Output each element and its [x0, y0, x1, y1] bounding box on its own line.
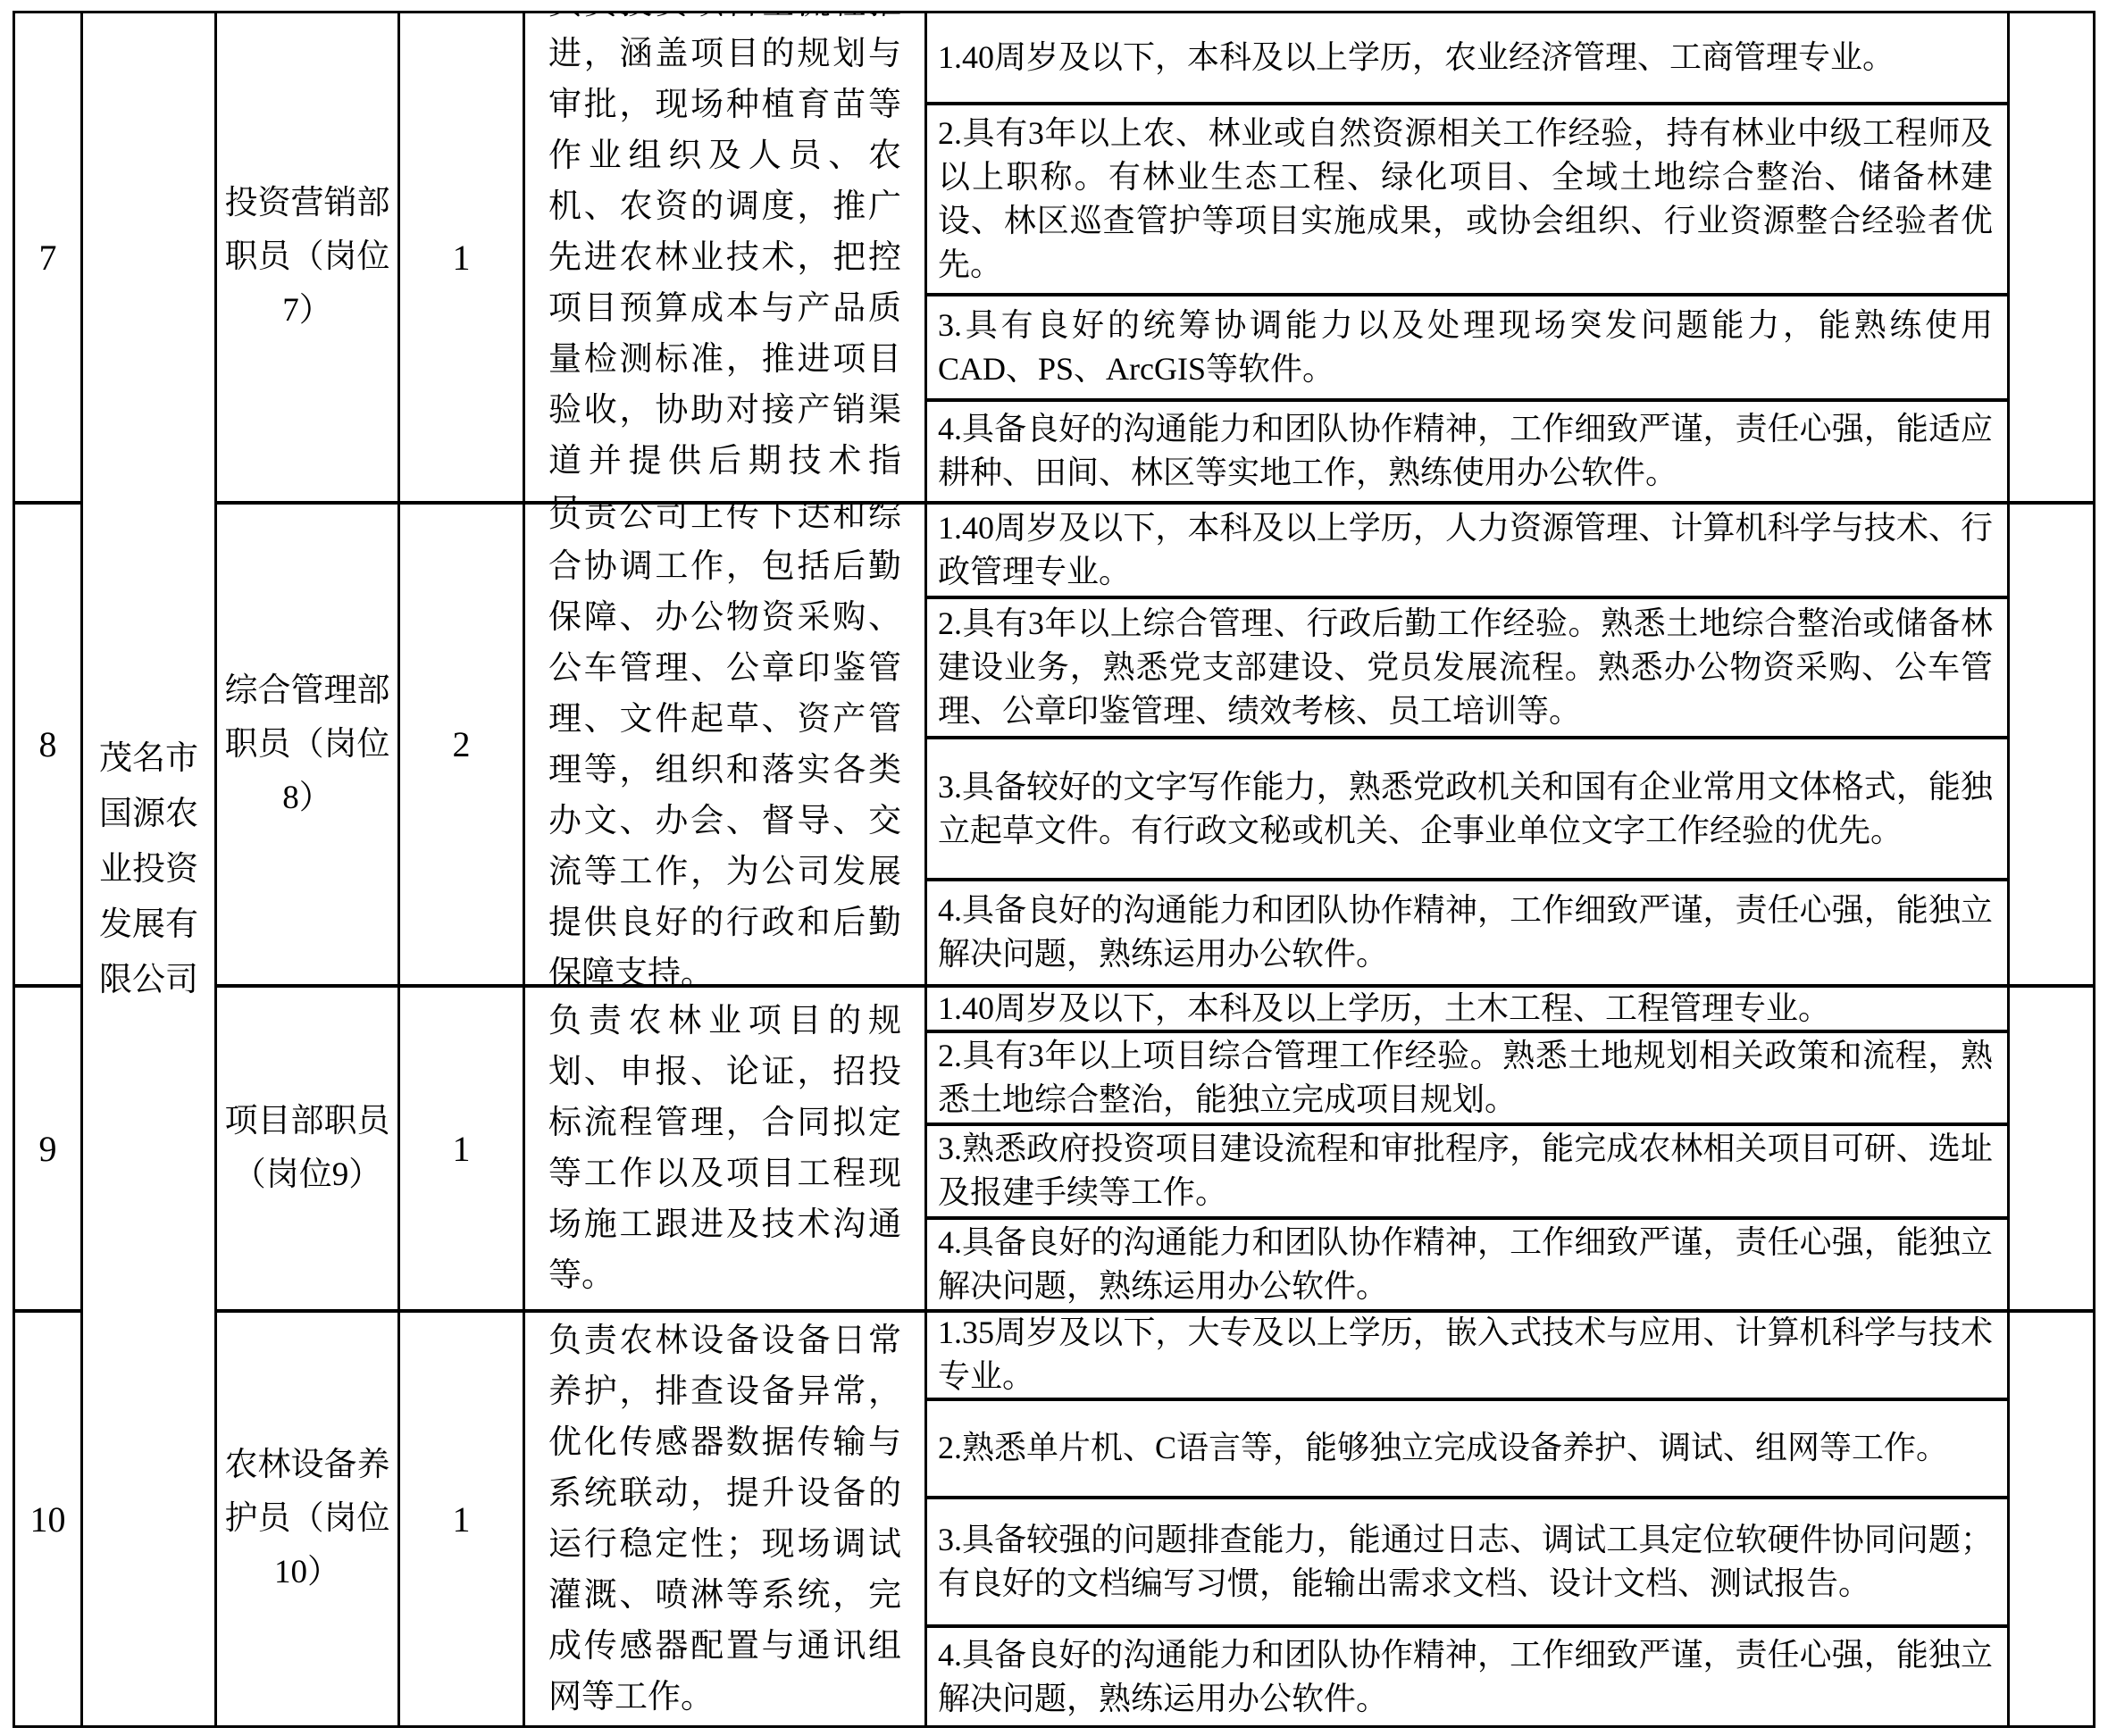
- recruitment-table: 茂名市国源农业投资发展有限公司 7 投资营销部职员（岗位7） 1 负责投资项目全…: [13, 11, 2095, 1728]
- requirement-cell: 2.具有3年以上综合管理、行政后勤工作经验。熟悉土地综合整治或储备林建设业务，熟…: [927, 599, 2007, 740]
- duties-text: 负责农林设备设备日常养护，排查设备异常，优化传感器数据传输与系统联动，提升设备的…: [548, 1315, 901, 1723]
- duties-cell: 负责农林设备设备日常养护，排查设备异常，优化传感器数据传输与系统联动，提升设备的…: [525, 1313, 927, 1725]
- duties-cell: 负责公司上传下达和综合协调工作，包括后勤保障、办公物资采购、公车管理、公章印鉴管…: [525, 505, 927, 988]
- requirement-cell: 3.熟悉政府投资项目建设流程和审批程序，能完成农林相关项目可研、选址及报建手续等…: [927, 1126, 2007, 1221]
- requirement-cell: 2.熟悉单片机、C语言等，能够独立完成设备养护、调试、组网等工作。: [927, 1401, 2007, 1499]
- requirement-text: 2.具有3年以上项目综合管理工作经验。熟悉土地规划相关政策和流程，熟悉土地综合整…: [938, 1034, 1993, 1122]
- requirement-text: 3.具备较强的问题排查能力，能通过日志、调试工具定位软硬件协同问题；有良好的文档…: [938, 1518, 1993, 1606]
- headcount-cell: 1: [400, 13, 525, 505]
- duties-cell: 负责投资项目全流程推进，涵盖项目的规划与审批，现场种植育苗等作业组织及人员、农机…: [525, 13, 927, 505]
- row-number-cell: 10: [15, 1313, 83, 1725]
- requirement-text: 1.40周岁及以下，本科及以上学历，人力资源管理、计算机科学与技术、行政管理专业…: [938, 506, 1993, 594]
- requirement-cell: 3.具有良好的统筹协调能力以及处理现场突发问题能力，能熟练使用CAD、PS、Ar…: [927, 296, 2007, 401]
- remark-cell-empty: [2010, 988, 2093, 1313]
- requirement-text: 4.具备良好的沟通能力和团队协作精神，工作细致严谨，责任心强，能独立解决问题，熟…: [938, 1633, 1993, 1721]
- row-number-cell: 7: [15, 13, 83, 505]
- requirement-text: 3.熟悉政府投资项目建设流程和审批程序，能完成农林相关项目可研、选址及报建手续等…: [938, 1127, 1993, 1214]
- row-number-cell: 8: [15, 505, 83, 988]
- position-cell: 投资营销部职员（岗位7）: [217, 13, 400, 505]
- row-number-cell: 9: [15, 988, 83, 1313]
- requirement-text: 4.具备良好的沟通能力和团队协作精神，工作细致严谨，责任心强，能独立解决问题，熟…: [938, 1221, 1993, 1308]
- requirement-cell: 3.具备较强的问题排查能力，能通过日志、调试工具定位软硬件协同问题；有良好的文档…: [927, 1499, 2007, 1628]
- requirement-cell: 1.40周岁及以下，本科及以上学历，土木工程、工程管理专业。: [927, 988, 2007, 1033]
- duties-text: 负责投资项目全流程推进，涵盖项目的规划与审批，现场种植育苗等作业组织及人员、农机…: [548, 13, 901, 505]
- requirements-cell-group: 1.40周岁及以下，本科及以上学历，农业经济管理、工商管理专业。 2.具有3年以…: [927, 13, 2010, 505]
- requirement-text: 1.35周岁及以下，大专及以上学历，嵌入式技术与应用、计算机科学与技术专业。: [938, 1313, 1993, 1398]
- document-page: 茂名市国源农业投资发展有限公司 7 投资营销部职员（岗位7） 1 负责投资项目全…: [0, 0, 2108, 1736]
- requirement-cell: 1.40周岁及以下，本科及以上学历，农业经济管理、工商管理专业。: [927, 13, 2007, 105]
- duties-cell: 负责农林业项目的规划、申报、论证，招投标流程管理，合同拟定等工作以及项目工程现场…: [525, 988, 927, 1313]
- company-cell: 茂名市国源农业投资发展有限公司: [83, 13, 217, 1725]
- requirement-text: 2.熟悉单片机、C语言等，能够独立完成设备养护、调试、组网等工作。: [938, 1426, 1993, 1470]
- remark-cell-empty: [2010, 505, 2093, 988]
- duties-text: 负责农林业项目的规划、申报、论证，招投标流程管理，合同拟定等工作以及项目工程现场…: [548, 996, 901, 1301]
- requirement-cell: 4.具备良好的沟通能力和团队协作精神，工作细致严谨，责任心强，能独立解决问题，熟…: [927, 881, 2007, 984]
- requirement-cell: 4.具备良好的沟通能力和团队协作精神，工作细致严谨，责任心强，能适应耕种、田间、…: [927, 402, 2007, 501]
- requirements-cell-group: 1.35周岁及以下，大专及以上学历，嵌入式技术与应用、计算机科学与技术专业。 2…: [927, 1313, 2010, 1725]
- requirement-cell: 1.35周岁及以下，大专及以上学历，嵌入式技术与应用、计算机科学与技术专业。: [927, 1313, 2007, 1401]
- requirement-text: 1.40周岁及以下，本科及以上学历，农业经济管理、工商管理专业。: [938, 36, 1993, 79]
- headcount-cell: 1: [400, 1313, 525, 1725]
- duties-text: 负责公司上传下达和综合协调工作，包括后勤保障、办公物资采购、公车管理、公章印鉴管…: [548, 505, 901, 988]
- position-cell: 项目部职员（岗位9）: [217, 988, 400, 1313]
- requirement-text: 3.具备较好的文字写作能力，熟悉党政机关和国有企业常用文体格式，能独立起草文件。…: [938, 765, 1993, 853]
- position-cell: 综合管理部职员（岗位8）: [217, 505, 400, 988]
- requirement-cell: 2.具有3年以上项目综合管理工作经验。熟悉土地规划相关政策和流程，熟悉土地综合整…: [927, 1033, 2007, 1126]
- remark-cell-empty: [2010, 13, 2093, 505]
- remark-cell-empty: [2010, 1313, 2093, 1725]
- headcount-cell: 1: [400, 988, 525, 1313]
- requirements-cell-group: 1.40周岁及以下，本科及以上学历，人力资源管理、计算机科学与技术、行政管理专业…: [927, 505, 2010, 988]
- requirement-text: 4.具备良好的沟通能力和团队协作精神，工作细致严谨，责任心强，能独立解决问题，熟…: [938, 889, 1993, 976]
- requirement-text: 2.具有3年以上农、林业或自然资源相关工作经验，持有林业中级工程师及以上职称。有…: [938, 112, 1993, 287]
- requirement-text: 3.具有良好的统筹协调能力以及处理现场突发问题能力，能熟练使用CAD、PS、Ar…: [938, 304, 1993, 391]
- requirement-cell: 4.具备良好的沟通能力和团队协作精神，工作细致严谨，责任心强，能独立解决问题，熟…: [927, 1220, 2007, 1309]
- requirement-cell: 3.具备较好的文字写作能力，熟悉党政机关和国有企业常用文体格式，能独立起草文件。…: [927, 739, 2007, 881]
- headcount-cell: 2: [400, 505, 525, 988]
- requirement-cell: 1.40周岁及以下，本科及以上学历，人力资源管理、计算机科学与技术、行政管理专业…: [927, 505, 2007, 599]
- requirement-text: 1.40周岁及以下，本科及以上学历，土木工程、工程管理专业。: [938, 988, 1993, 1031]
- requirement-text: 2.具有3年以上综合管理、行政后勤工作经验。熟悉土地综合整治或储备林建设业务，熟…: [938, 602, 1993, 733]
- requirement-cell: 4.具备良好的沟通能力和团队协作精神，工作细致严谨，责任心强，能独立解决问题，熟…: [927, 1628, 2007, 1725]
- position-cell: 农林设备养护员（岗位10）: [217, 1313, 400, 1725]
- requirement-text: 4.具备良好的沟通能力和团队协作精神，工作细致严谨，责任心强，能适应耕种、田间、…: [938, 407, 1993, 495]
- requirement-cell: 2.具有3年以上农、林业或自然资源相关工作经验，持有林业中级工程师及以上职称。有…: [927, 105, 2007, 296]
- requirements-cell-group: 1.40周岁及以下，本科及以上学历，土木工程、工程管理专业。 2.具有3年以上项…: [927, 988, 2010, 1313]
